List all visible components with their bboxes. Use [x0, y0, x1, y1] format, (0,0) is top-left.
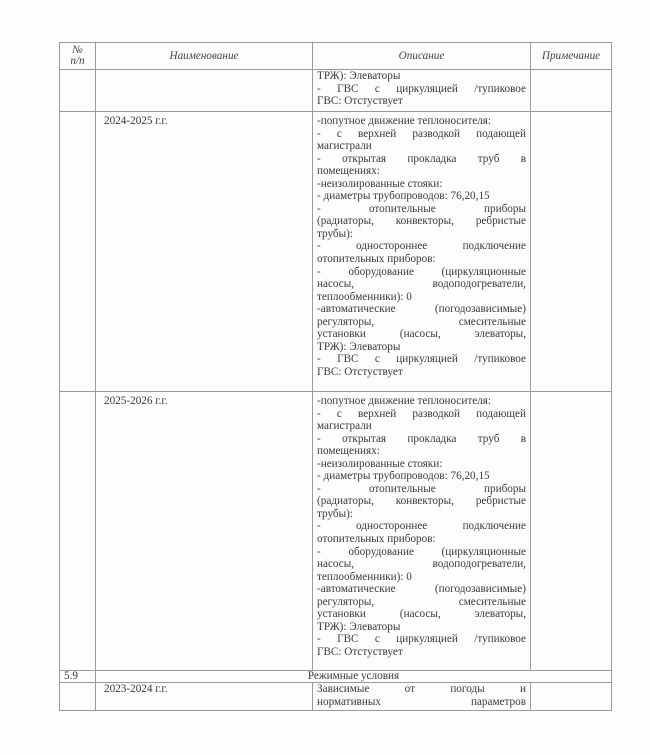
description-line: отопительных приборов:	[317, 533, 526, 546]
header-note: Примечание	[531, 43, 612, 70]
section-number: 5.9	[60, 671, 96, 683]
description-line: -попутное движение теплоносителя:	[317, 395, 526, 408]
description-line: - одностороннее подключение	[317, 520, 526, 533]
description-line: - диаметры трубопроводов: 76,20,15	[317, 470, 526, 483]
description-line: ТРЖ): Элеваторы	[317, 70, 526, 83]
row-name: 2023-2024 г.г.	[96, 683, 313, 711]
header-number-line2: п/п	[70, 55, 84, 67]
row-name: 2024-2025 г.г.	[96, 112, 313, 392]
description-line: - оборудование (циркуляционные	[317, 546, 526, 559]
description-line: -неизолированные стояки:	[317, 178, 526, 191]
section-title: Режимные условия	[96, 671, 612, 683]
description-line: - ГВС с циркуляцией /тупиковое	[317, 353, 526, 366]
row-note	[531, 112, 612, 392]
description-line: - диаметры трубопроводов: 76,20,15	[317, 190, 526, 203]
description-line: установки (насосы, элеваторы,	[317, 608, 526, 621]
row-name: 2025-2026 г.г.	[96, 392, 313, 671]
description-line: ГВС: Отстуствует	[317, 95, 526, 108]
description-line: теплообменники): 0	[317, 571, 526, 584]
description-line: магистрали	[317, 140, 526, 153]
table-row: ТРЖ): Элеваторы- ГВС с циркуляцией /тупи…	[60, 70, 612, 112]
description-line: - оборудование (циркуляционные	[317, 266, 526, 279]
description-line: Зависимые от погоды и	[317, 683, 526, 696]
description-line: трубы):	[317, 228, 526, 241]
header-name: Наименование	[96, 43, 313, 70]
row-note	[531, 683, 612, 711]
description-line: ГВС: Отстуствует	[317, 366, 526, 379]
section-row: 5.9 Режимные условия	[60, 671, 612, 683]
table-row: 2024-2025 г.г. -попутное движение теплон…	[60, 112, 612, 392]
description-line: трубы):	[317, 508, 526, 521]
description-line: ТРЖ): Элеваторы	[317, 621, 526, 634]
table-row: 2025-2026 г.г. -попутное движение теплон…	[60, 392, 612, 671]
description-line: (радиаторы, конвекторы, ребристые	[317, 215, 526, 228]
row-number	[60, 70, 96, 112]
description-line: -неизолированные стояки:	[317, 458, 526, 471]
row-number	[60, 112, 96, 392]
row-description: -попутное движение теплоносителя:- с вер…	[313, 112, 531, 392]
description-line: - ГВС с циркуляцией /тупиковое	[317, 633, 526, 646]
row-description: -попутное движение теплоносителя:- с вер…	[313, 392, 531, 671]
description-line: (радиаторы, конвекторы, ребристые	[317, 495, 526, 508]
row-note	[531, 392, 612, 671]
description-line: - открытая прокладка труб в	[317, 433, 526, 446]
description-line: - одностороннее подключение	[317, 240, 526, 253]
description-line: -автоматические (погодозависимые)	[317, 583, 526, 596]
description-line: - ГВС с циркуляцией /тупиковое	[317, 83, 526, 96]
description-line: нормативных параметров	[317, 696, 526, 709]
header-description: Описание	[313, 43, 531, 70]
description-line: регуляторы, смесительные	[317, 316, 526, 329]
description-line: - отопительные приборы	[317, 483, 526, 496]
description-line: ГВС: Отстуствует	[317, 646, 526, 659]
description-line: регуляторы, смесительные	[317, 596, 526, 609]
description-line: магистрали	[317, 420, 526, 433]
description-line: -автоматические (погодозависимые)	[317, 303, 526, 316]
description-line: - открытая прокладка труб в	[317, 153, 526, 166]
row-name	[96, 70, 313, 112]
document-table: № п/п Наименование Описание Примечание Т…	[59, 42, 612, 711]
description-line: ТРЖ): Элеваторы	[317, 341, 526, 354]
description-line: - с верхней разводкой подающей	[317, 128, 526, 141]
row-note	[531, 70, 612, 112]
description-line: теплообменники): 0	[317, 291, 526, 304]
description-line: -попутное движение теплоносителя:	[317, 115, 526, 128]
row-number	[60, 392, 96, 671]
header-number: № п/п	[60, 43, 96, 70]
description-line: установки (насосы, элеваторы,	[317, 328, 526, 341]
description-line: помещениях:	[317, 445, 526, 458]
description-line: - с верхней разводкой подающей	[317, 408, 526, 421]
table-header-row: № п/п Наименование Описание Примечание	[60, 43, 612, 70]
row-description: Зависимые от погоды инормативных парамет…	[313, 683, 531, 711]
description-line: отопительных приборов:	[317, 253, 526, 266]
description-line: насосы, водоподогреватели,	[317, 278, 526, 291]
row-number	[60, 683, 96, 711]
description-line: насосы, водоподогреватели,	[317, 558, 526, 571]
row-description: ТРЖ): Элеваторы- ГВС с циркуляцией /тупи…	[313, 70, 531, 112]
table-row: 2023-2024 г.г. Зависимые от погоды инорм…	[60, 683, 612, 711]
description-line: помещениях:	[317, 165, 526, 178]
description-line: - отопительные приборы	[317, 203, 526, 216]
